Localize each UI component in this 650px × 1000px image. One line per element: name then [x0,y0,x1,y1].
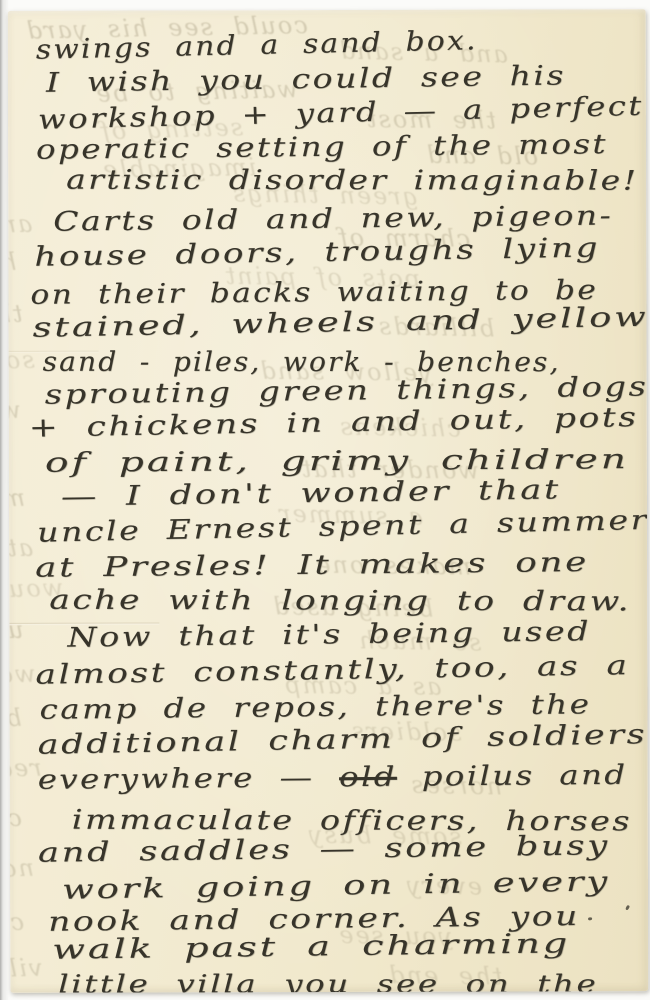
letter-page: could see his yardand a sandwaiting to b… [8,9,649,993]
letter-body: swings and a sand box.I wish you could s… [8,9,649,993]
letter-line-27: walk past a charming [52,927,571,967]
line-segment: everywhere — [38,762,340,796]
letter-line-22: everywhere — old poilus and [38,759,628,798]
letter-line-17: ache with longing to draw. [49,584,631,620]
letter-line-4: operatic setting of the most [36,128,608,168]
letter-line-24: and saddles — some busy [38,829,611,871]
letter-line-28: little villa you see on the [58,968,598,993]
letter-line-16: at Presles! It makes one [35,546,589,586]
letter-line-19: almost constantly, too, as a [35,649,630,693]
line-segment: poilus and [397,760,628,793]
letter-line-5: artistic disorder imaginable! [66,164,638,199]
struck-word: old [339,762,397,793]
letter-line-18: Now that it's being used [67,615,591,656]
